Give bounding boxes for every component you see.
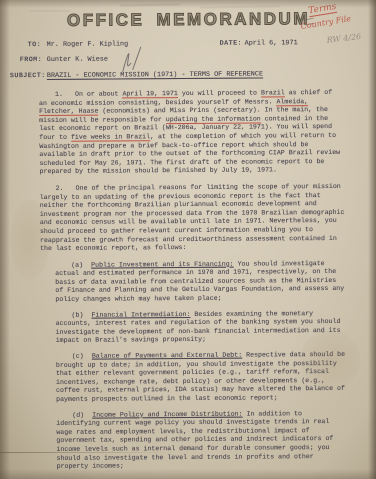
paragraph-1-number: 1. [55,91,75,100]
page-edge-shadow-bottom [0,469,376,479]
paragraph-2: 2.One of the principal reasons for limit… [40,183,345,254]
item-c-heading: Balance of Payments and External Debt: [92,352,242,360]
list-item-b: (b)Financial Intermediation: Besides exa… [56,310,346,346]
list-item-d: (d)Income Policy and Income Distribution… [56,409,346,471]
paragraph-2-number: 2. [56,185,76,194]
to-label: TO: [28,41,41,49]
red-underlined-phrase: Brazil [261,89,285,97]
date-label: DATE: [220,40,242,48]
page-edge-shadow-right [368,0,376,479]
paper-crease-line [0,452,175,453]
list-item-a: (a)Public Investment and its Financing: … [55,260,345,305]
item-a-heading: Public Investment and its Financing: [91,260,233,268]
from-value: Gunter K. Wiese [47,56,108,64]
item-b-heading: Financial Intermediation: [91,311,190,319]
page-edge-shadow-left [0,0,10,479]
subject-label: SUBJECT: [10,72,46,80]
item-d-heading: Income Policy and Income Distribution: [92,410,242,418]
handwritten-note-initials-date: RW 4/26 [326,32,361,45]
from-label: FROM: [20,56,42,64]
memo-title: OFFICE MEMORANDUM [58,9,318,31]
paragraph-1-text: you will proceed to [178,89,261,97]
subject-value: BRAZIL - ECONOMIC MISSION (1971) - TERMS… [47,70,263,80]
page-edge-shadow-top [0,0,376,8]
red-underlined-phrase: April 19, 1971 [122,90,177,98]
memo-scanned-page: OFFICE MEMORANDUM Terms Country File RW … [0,0,376,479]
paragraph-1-text: On or about [75,90,123,97]
red-underlined-phrase: five weeks in Brazil [71,133,150,142]
paragraph-2-text: One of the principal reasons for limitin… [40,183,345,252]
memo-content: OFFICE MEMORANDUM Terms Country File RW … [0,0,376,479]
paragraph-1: 1.On or about April 19, 1971 you will pr… [39,89,345,177]
date-value: April 6, 1971 [245,39,298,47]
paper-stain [10,200,50,280]
item-d-text: In addition to identifying current wage … [56,410,333,470]
scan-smudge [30,10,70,12]
paper-stain [300,330,360,390]
memo-body: 1.On or about April 19, 1971 you will pr… [39,89,347,479]
item-c-number: (c) [72,353,92,362]
